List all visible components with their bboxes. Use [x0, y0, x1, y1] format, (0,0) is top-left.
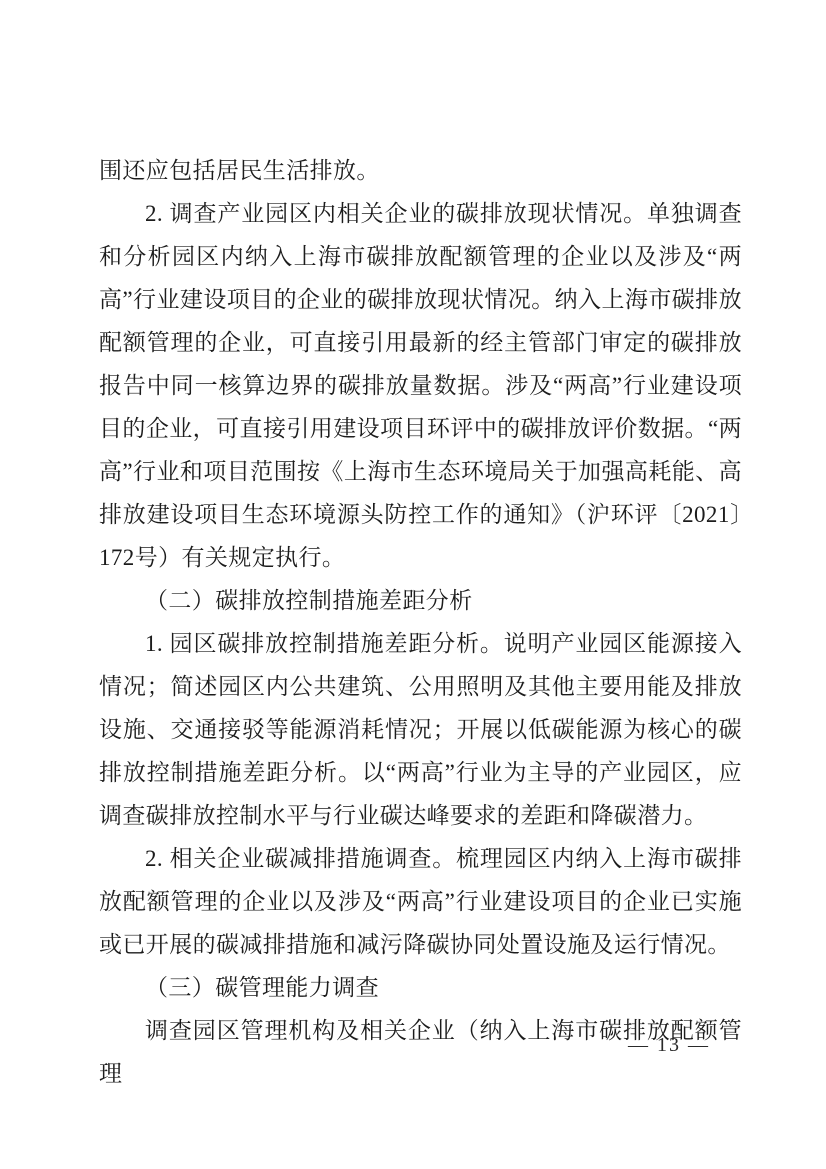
paragraph-continuation: 围还应包括居民生活排放。: [99, 149, 742, 192]
page-number: — 13 —: [628, 1031, 710, 1059]
paragraph-gap-analysis: 1. 园区碳排放控制措施差距分析。说明产业园区能源接入情况；简述园区内公共建筑、…: [99, 622, 742, 837]
document-body: 围还应包括居民生活排放。 2. 调查产业园区内相关企业的碳排放现状情况。单独调查…: [99, 149, 742, 1095]
document-page: 围还应包括居民生活排放。 2. 调查产业园区内相关企业的碳排放现状情况。单独调查…: [0, 0, 826, 1169]
section-heading-2: （二）碳排放控制措施差距分析: [99, 579, 742, 622]
paragraph-reduction-measures: 2. 相关企业碳减排措施调查。梳理园区内纳入上海市碳排放配额管理的企业以及涉及“…: [99, 837, 742, 966]
paragraph-item-2-survey: 2. 调查产业园区内相关企业的碳排放现状情况。单独调查和分析园区内纳入上海市碳排…: [99, 192, 742, 579]
section-heading-3: （三）碳管理能力调查: [99, 966, 742, 1009]
